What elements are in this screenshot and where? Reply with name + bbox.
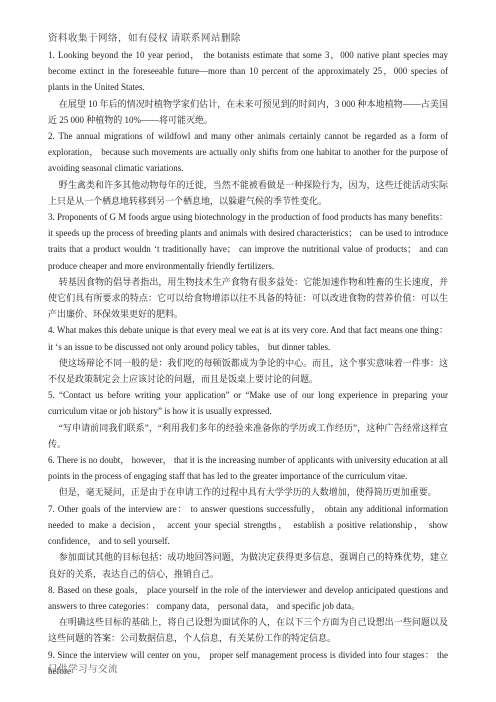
paragraph-chinese-translation: 在展望 10 年后的情况时植物学家们估计，在未来可预见到的时间内，3 000 种… xyxy=(48,96,448,128)
paragraph-english: 8. Based on these goals， place yourself … xyxy=(48,582,448,614)
paragraph-chinese-translation: 在明确这些目标的基础上，将自己设想为面试你的人，在以下三个方面为自己设想出一些问… xyxy=(48,614,448,646)
document-body: 1. Looking beyond the 10 year period， th… xyxy=(48,47,448,679)
paragraph-english: 3. Proponents of G M foods argue using b… xyxy=(48,209,448,274)
paragraph-chinese-translation: 使这场辩论不同一般的是：我们吃的每顿饭都成为争论的中心。而且，这个事实意味着一件… xyxy=(48,355,448,387)
document-disclaimer-header: 资料收集于网络，如有侵权 请联系网站删除 xyxy=(48,32,448,46)
document-page: 资料收集于网络，如有侵权 请联系网站删除 1. Looking beyond t… xyxy=(0,0,496,702)
paragraph-english: 2. The annual migrations of wildfowl and… xyxy=(48,128,448,177)
document-footer-note: 只供学习与交流 xyxy=(48,663,118,677)
paragraph-english: 5. “Contact us before writing your appli… xyxy=(48,387,448,419)
paragraph-chinese-translation: 但是，毫无疑问，正是由于在申请工作的过程中具有大学学历的人数增加，使得简历更加重… xyxy=(48,484,448,500)
paragraph-english: 7. Other goals of the interview are： to … xyxy=(48,501,448,550)
paragraph-chinese-translation: 参加面试其他的目标包括：成功地回答问题，为做决定获得更多信息，强调自己的特殊优势… xyxy=(48,549,448,581)
paragraph-english: 6. There is no doubt， however， that it i… xyxy=(48,452,448,484)
paragraph-english: 1. Looking beyond the 10 year period， th… xyxy=(48,47,448,96)
paragraph-chinese-translation: 野生禽类和许多其他动物每年的迁徙，当然不能被看做是一种探险行为，因为，这些迁徙活… xyxy=(48,177,448,209)
paragraph-chinese-translation: “写申请前同我们联系”，“利用我们多年的经验来准备你的学历或工作经历”，这种广告… xyxy=(48,420,448,452)
paragraph-english: 4. What makes this debate unique is that… xyxy=(48,322,448,354)
paragraph-chinese-translation: 转基因食物的倡导者指出，用生物技术生产食物有很多益处：它能加速作物和牲畜的生长速… xyxy=(48,274,448,323)
